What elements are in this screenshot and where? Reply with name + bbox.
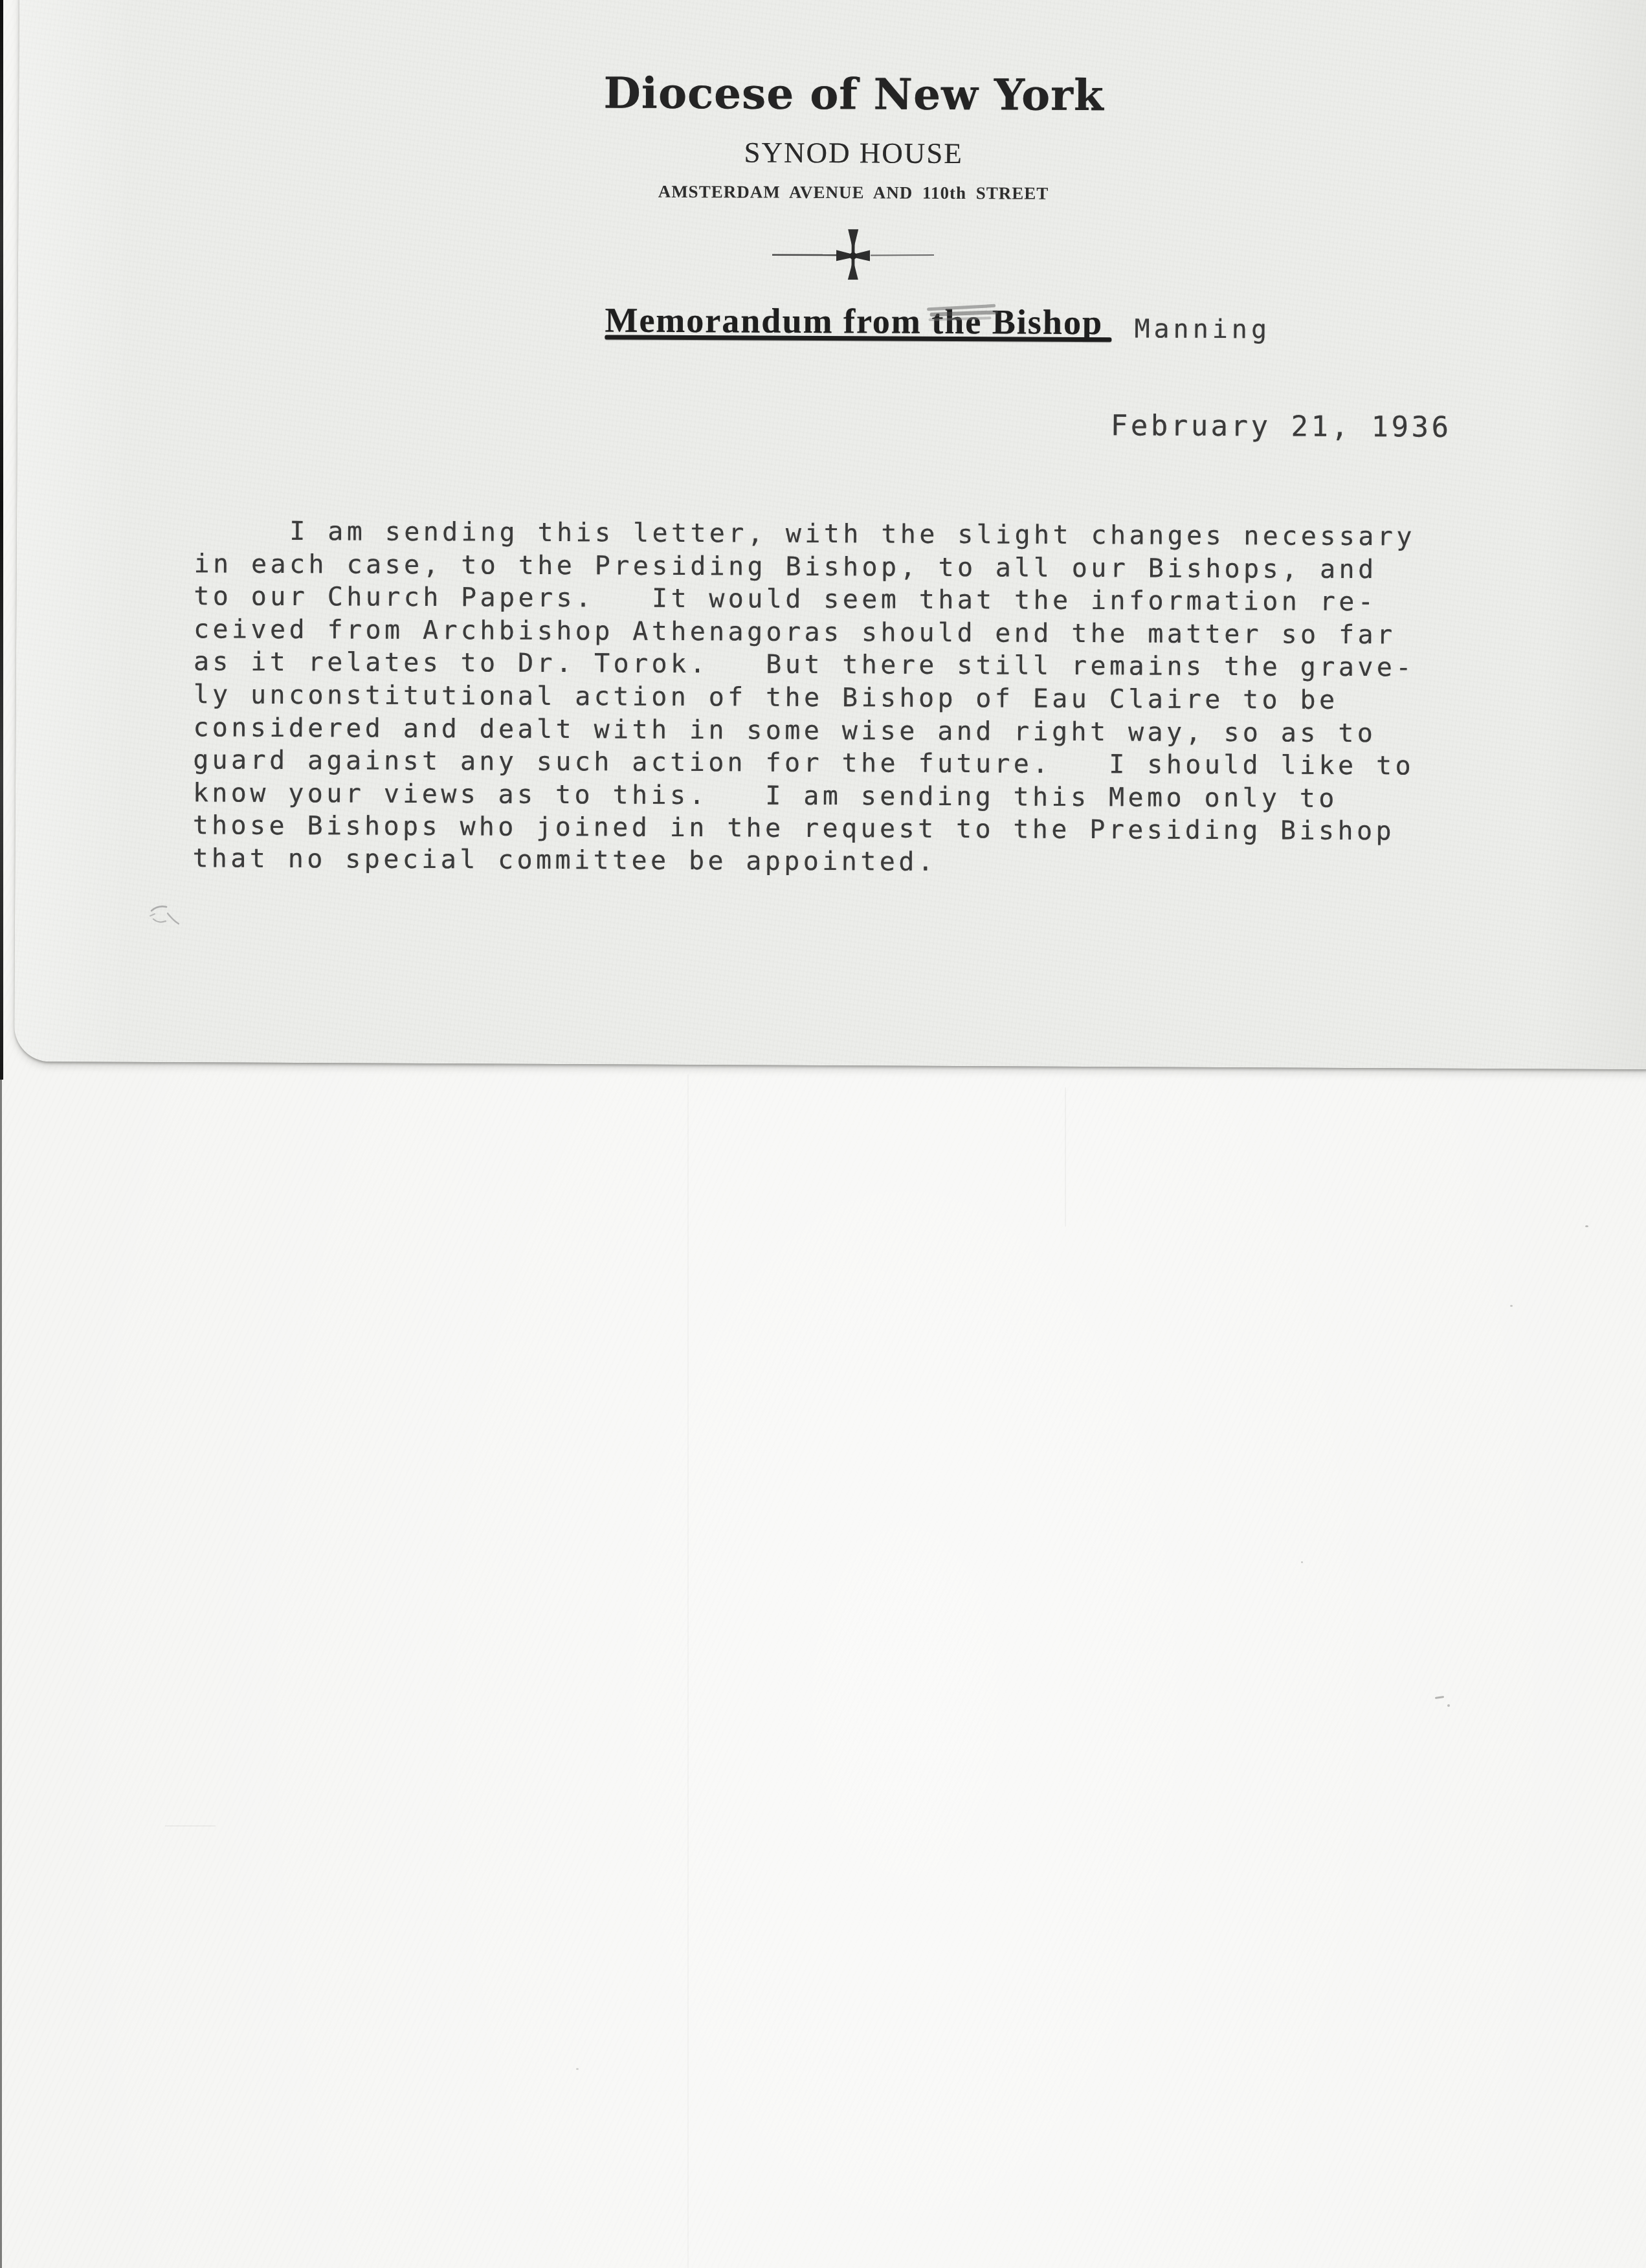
cross-divider-icon xyxy=(772,228,934,280)
scanned-memo-page: Diocese of New York SYNOD HOUSE AMSTERDA… xyxy=(0,0,1646,2268)
typed-line: considered and dealt with in some wise a… xyxy=(193,711,1414,750)
memo-body: I am sending this letter, with the sligh… xyxy=(192,515,1416,881)
typed-line: ly unconstitutional action of the Bishop… xyxy=(194,678,1415,717)
letterhead-building: SYNOD HOUSE xyxy=(19,135,1646,172)
typed-line: I am sending this letter, with the sligh… xyxy=(194,515,1416,553)
letterhead-organization: Diocese of New York xyxy=(19,69,1646,120)
typed-line: that no special committee be appointed. xyxy=(192,842,1414,881)
struck-word-text: the xyxy=(931,302,982,341)
typed-line: in each case, to the Presiding Bishop, t… xyxy=(194,548,1416,586)
memo-heading-suffix: Bishop xyxy=(982,302,1103,342)
dust-speck xyxy=(1301,1561,1303,1563)
memo-heading: Memorandum from the Bishop xyxy=(605,302,1103,340)
paper-crease xyxy=(687,1074,689,2268)
date-line: February 21, 1936 xyxy=(1111,410,1452,443)
annotation-manning: Manning xyxy=(1134,315,1271,344)
typed-line: ceived from Archbishop Athenagoras shoul… xyxy=(194,613,1415,652)
scanner-edge-shadow xyxy=(0,0,3,1080)
paper-crease xyxy=(1065,1087,1066,1227)
typed-line: as it relates to Dr. Torok. But there st… xyxy=(194,646,1415,685)
dust-speck xyxy=(576,2068,579,2070)
letterhead-address: AMSTERDAM AVENUE AND 110th STREET xyxy=(18,180,1646,206)
scanner-edge-shadow-lower xyxy=(0,1080,2,2268)
struck-word: the xyxy=(931,304,982,339)
faint-scratch xyxy=(165,1825,216,1827)
typed-line: know your views as to this. I am sending… xyxy=(193,777,1414,816)
dust-speck xyxy=(1447,1704,1450,1707)
typed-line: those Bishops who joined in the request … xyxy=(193,810,1414,849)
typed-line: guard against any such action for the fu… xyxy=(193,744,1414,783)
dust-speck xyxy=(1435,1696,1444,1699)
dust-speck xyxy=(1585,1225,1588,1227)
typed-line: to our Church Papers. It would seem that… xyxy=(194,581,1415,619)
memo-paper: Diocese of New York SYNOD HOUSE AMSTERDA… xyxy=(14,0,1646,1069)
dust-speck xyxy=(1510,1305,1513,1307)
pencil-squiggle-icon xyxy=(148,900,188,930)
